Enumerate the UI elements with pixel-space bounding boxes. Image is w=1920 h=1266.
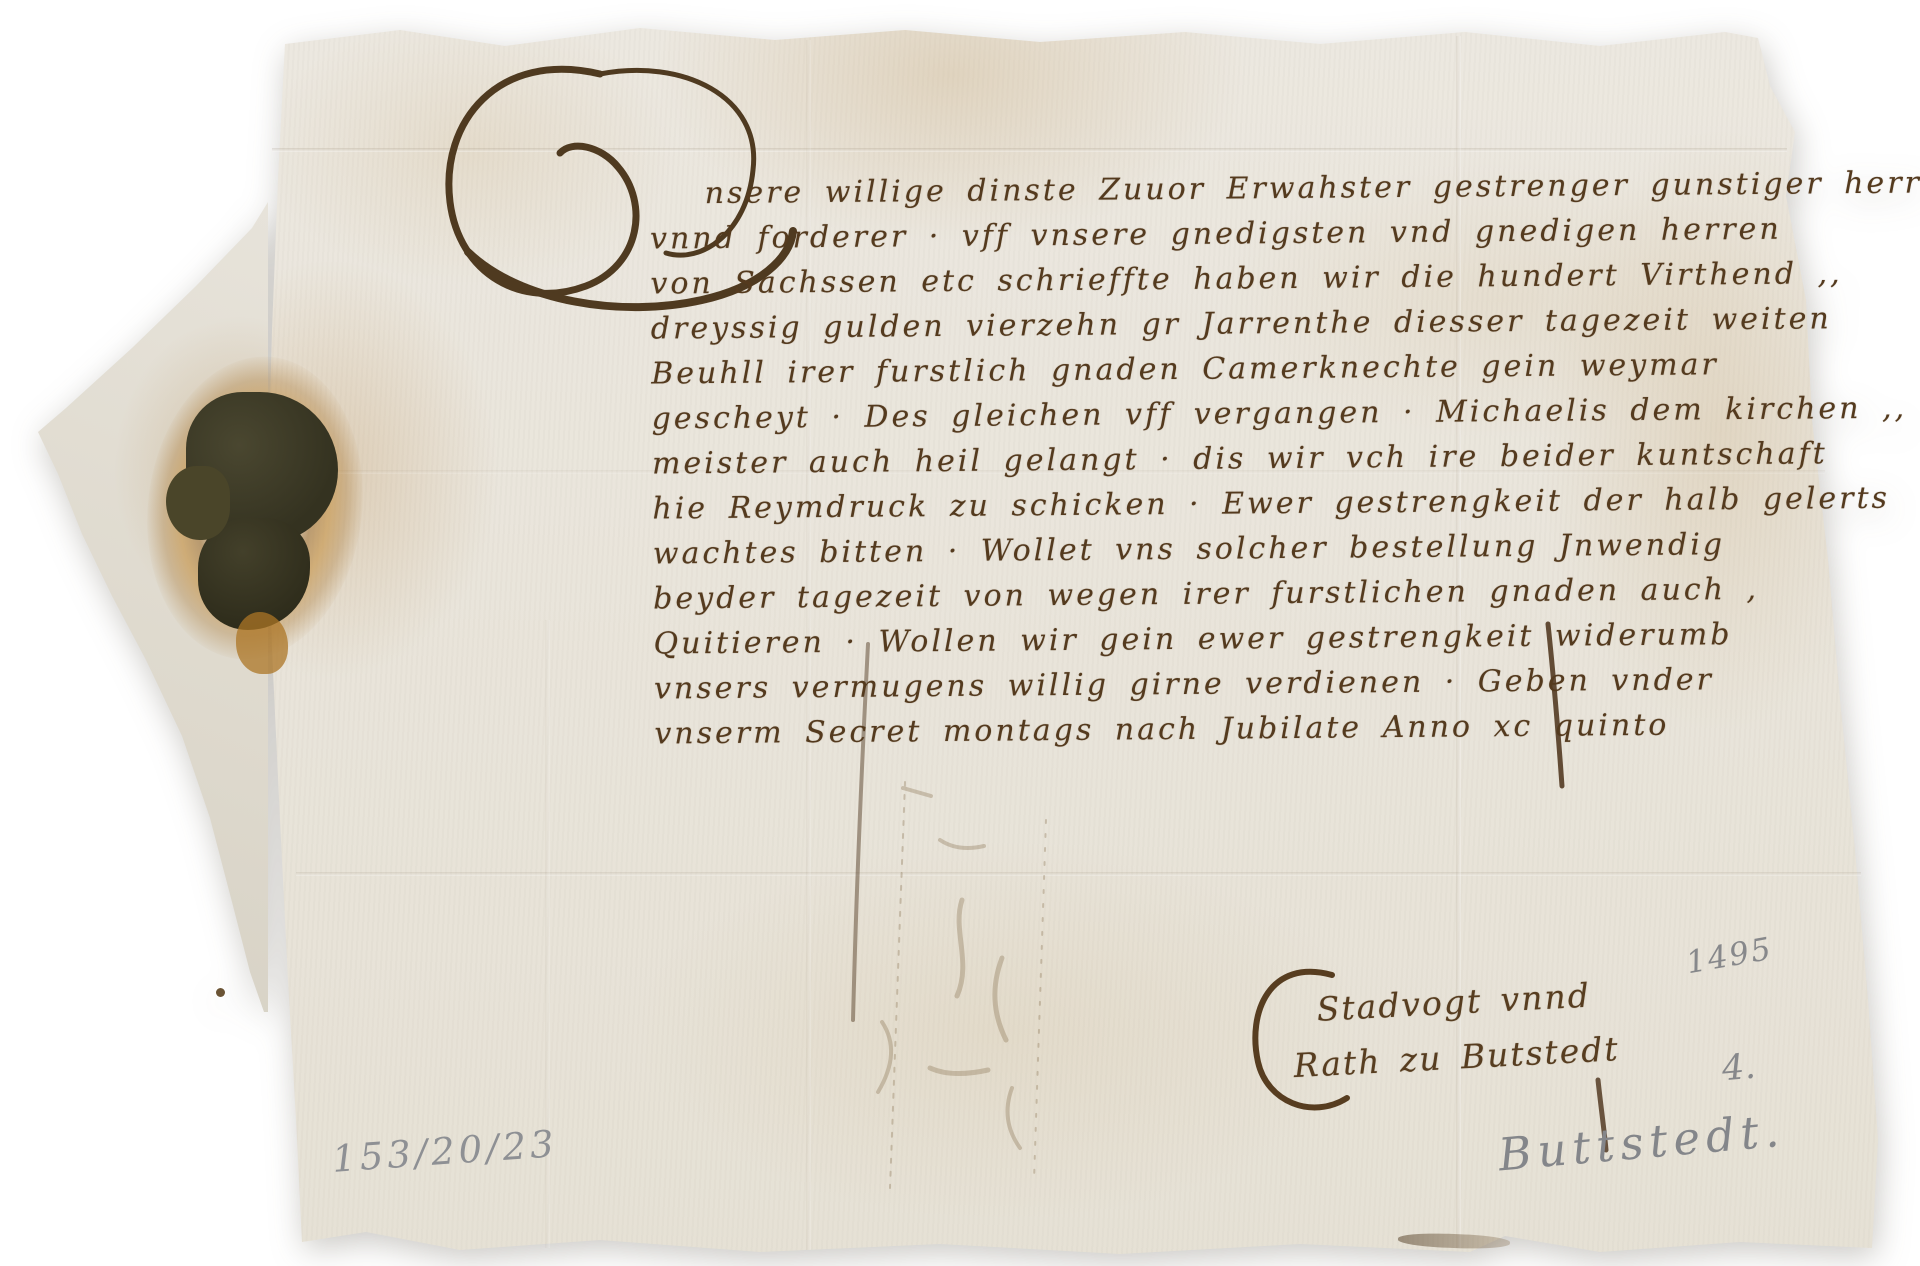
flap-ink-speck	[216, 988, 225, 997]
wax-seal-fragment-left	[166, 466, 230, 540]
signoff-block: Stadvogt vnndRath zu Butstedt	[1315, 966, 1621, 1092]
manuscript-text-block: nsere willige dinste Zuuor Erwahster ges…	[649, 160, 1920, 756]
document-photo: nsere willige dinste Zuuor Erwahster ges…	[0, 0, 1920, 1266]
pencil-filing-number: 4.	[1720, 1047, 1757, 1090]
photo-background: nsere willige dinste Zuuor Erwahster ges…	[0, 0, 1920, 1266]
